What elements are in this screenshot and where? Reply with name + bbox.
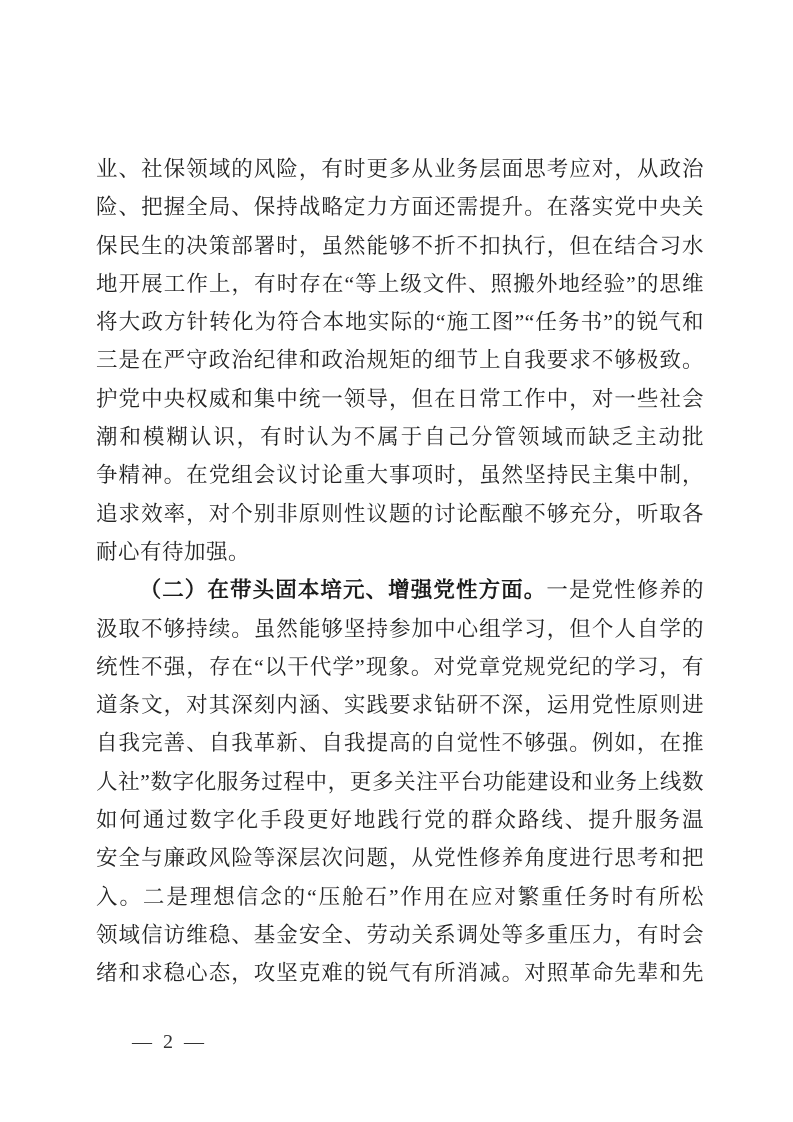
text-line: 汲取不够持续。虽然能够坚持参加中心组学习，但个人自学的主动性、系: [96, 610, 704, 648]
text-line: 护党中央权威和集中统一领导，但在日常工作中，对一些社会上的错误思: [96, 380, 704, 418]
text-line: 绪和求稳心态，攻坚克难的锐气有所消减。对照革命先辈和先进典型，在: [96, 954, 704, 992]
text-line: 人社”数字化服务过程中，更多关注平台功能建设和业务上线数量，对于: [96, 763, 704, 801]
paragraph-1: 业、社保领域的风险，有时更多从业务层面思考应对，从政治高度审视风 险、把握全局、…: [96, 150, 704, 571]
text-line: 追求效率，对个别非原则性议题的讨论酝酿不够充分，听取各方面意见的: [96, 495, 704, 533]
text-line: 耐心有待加强。: [96, 533, 704, 571]
text-line: 保民生的决策部署时，虽然能够不折不扣执行，但在结合习水实际创造性: [96, 227, 704, 265]
text-line: 如何通过数字化手段更好地践行党的群众路线、提升服务温度、防范数据: [96, 801, 704, 839]
text-line: 道条文，对其深刻内涵、实践要求钻研不深，运用党性原则进行自我净化、: [96, 686, 704, 724]
text-line: 地开展工作上，有时存在“等上级文件、照搬外地经验”的思维惯性，主动: [96, 265, 704, 303]
text-line: 领域信访维稳、基金安全、劳动关系调处等多重压力，有时会产生畏难情: [96, 916, 704, 954]
text-line: 统性不强，存在“以干代学”现象。对党章党规党纪的学习，有时满足于知: [96, 648, 704, 686]
text-line: 险、把握全局、保持战略定力方面还需提升。在落实党中央关于稳就业、: [96, 188, 704, 226]
section-heading: （二）在带头固本培元、增强党性方面。: [139, 578, 546, 602]
text-line: 入。二是理想信念的“压舱石”作用在应对繁重任务时有所松动。面对人社: [96, 878, 704, 916]
text-line: （二）在带头固本培元、增强党性方面。一是党性修养的“源头活水”: [96, 571, 704, 609]
text-line: 争精神。在党组会议讨论重大事项时，虽然坚持民主集中制，但有时为了: [96, 456, 704, 494]
first-line-indent: [96, 596, 139, 597]
paragraph-2: （二）在带头固本培元、增强党性方面。一是党性修养的“源头活水” 汲取不够持续。虽…: [96, 571, 704, 992]
text-line: 业、社保领域的风险，有时更多从业务层面思考应对，从政治高度审视风: [96, 150, 704, 188]
text-line: 潮和模糊认识，有时认为不属于自己分管领域而缺乏主动批驳、亮剑的斗: [96, 418, 704, 456]
body-text: 业、社保领域的风险，有时更多从业务层面思考应对，从政治高度审视风 险、把握全局、…: [96, 150, 704, 993]
page-number: — 2 —: [132, 1030, 207, 1054]
text-line: 将大政方针转化为符合本地实际的“施工图”“任务书”的锐气和闯劲不足。: [96, 303, 704, 341]
document-page: 业、社保领域的风险，有时更多从业务层面思考应对，从政治高度审视风 险、把握全局、…: [0, 0, 793, 1122]
text-line: 三是在严守政治纪律和政治规矩的细节上自我要求不够极致。能够坚决维: [96, 341, 704, 379]
text-line: 安全与廉政风险等深层次问题，从党性修养角度进行思考和把握不够深: [96, 839, 704, 877]
text-line: 自我完善、自我革新、自我提高的自觉性不够强。例如，在推进“互联网+: [96, 724, 704, 762]
